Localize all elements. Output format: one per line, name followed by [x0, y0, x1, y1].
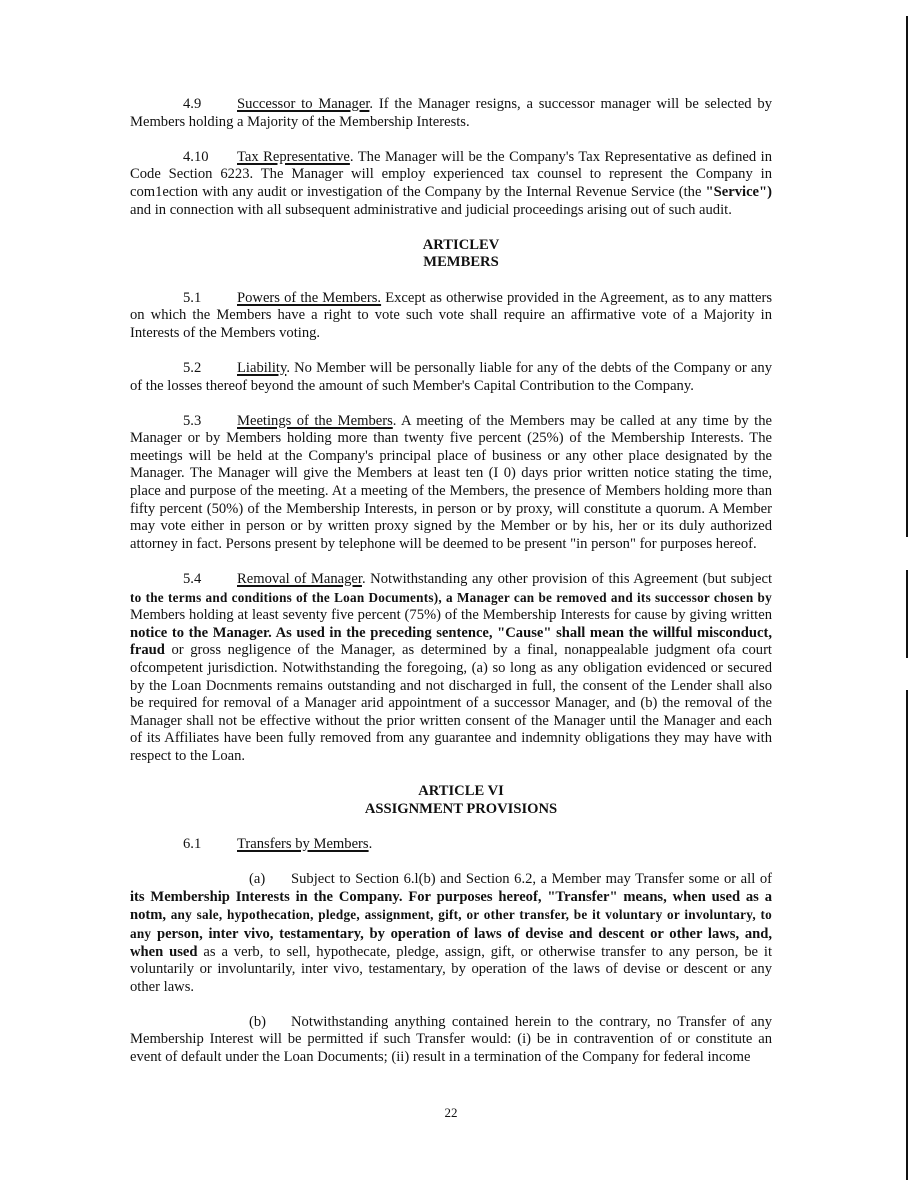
document-body: 4.9Successor to Manager. If the Manager …: [130, 96, 772, 1084]
section-5-2: 5.2Liability. No Member will be personal…: [130, 360, 772, 395]
change-bar: [906, 16, 908, 537]
section-text: or gross negligence of the Manager, as d…: [130, 642, 772, 764]
section-number: 5.4: [130, 571, 237, 589]
section-4-9: 4.9Successor to Manager. If the Manager …: [130, 96, 772, 131]
section-text: as a verb, to sell, hypothecate, pledge,…: [130, 944, 772, 995]
page-number-text: 22: [445, 1105, 458, 1120]
section-text: .: [369, 836, 373, 852]
section-heading: Meetings of the Members: [237, 413, 393, 429]
article-5-heading: ARTICLEV MEMBERS: [130, 237, 772, 272]
section-heading: Tax Representative: [237, 149, 350, 165]
section-number: 4.9: [130, 96, 237, 114]
section-text: . A meeting of the Members may be called…: [130, 413, 772, 552]
section-heading: Powers of the Members.: [237, 290, 381, 306]
change-bar: [906, 570, 908, 658]
subsection-label: (a): [130, 871, 291, 889]
section-4-10: 4.10Tax Representative. The Manager will…: [130, 149, 772, 219]
section-number: 6.1: [130, 836, 237, 854]
section-6-1-a: (a)Subject to Section 6.l(b) and Section…: [130, 871, 772, 996]
defined-term: "Service"): [706, 184, 772, 200]
article-title: ARTICLEV: [150, 237, 772, 255]
section-number: 5.3: [130, 413, 237, 431]
article-6-heading: ARTICLE VI ASSIGNMENT PROVISIONS: [130, 783, 772, 818]
section-text: . Notwithstanding any other provision of…: [362, 571, 772, 587]
section-text: and in connection with all subsequent ad…: [130, 202, 732, 218]
document-page: 4.9Successor to Manager. If the Manager …: [0, 0, 918, 1188]
section-5-4: 5.4Removal of Manager. Notwithstanding a…: [130, 571, 772, 766]
section-number: 4.10: [130, 149, 237, 167]
article-subtitle: MEMBERS: [150, 254, 772, 272]
section-number: 5.2: [130, 360, 237, 378]
section-6-1-b: (b)Notwithstanding anything contained he…: [130, 1014, 772, 1067]
section-heading: Successor to Manager: [237, 96, 369, 112]
page-number: 22: [0, 1105, 918, 1121]
section-text: Members holding at least seventy five pe…: [130, 607, 772, 623]
subsection-label: (b): [130, 1014, 291, 1032]
article-subtitle: ASSIGNMENT PROVISIONS: [150, 801, 772, 819]
section-text-bold: to the terms and conditions of the Loan …: [130, 590, 772, 605]
section-text: Subject to Section 6.l(b) and Section 6.…: [291, 871, 772, 887]
section-heading: Liability: [237, 360, 286, 376]
section-6-1: 6.1Transfers by Members.: [130, 836, 772, 854]
section-5-3: 5.3Meetings of the Members. A meeting of…: [130, 413, 772, 554]
article-title: ARTICLE VI: [150, 783, 772, 801]
section-heading: Removal of Manager: [237, 571, 362, 587]
section-heading: Transfers by Members: [237, 836, 369, 852]
section-number: 5.1: [130, 290, 237, 308]
section-5-1: 5.1Powers of the Members. Except as othe…: [130, 290, 772, 343]
